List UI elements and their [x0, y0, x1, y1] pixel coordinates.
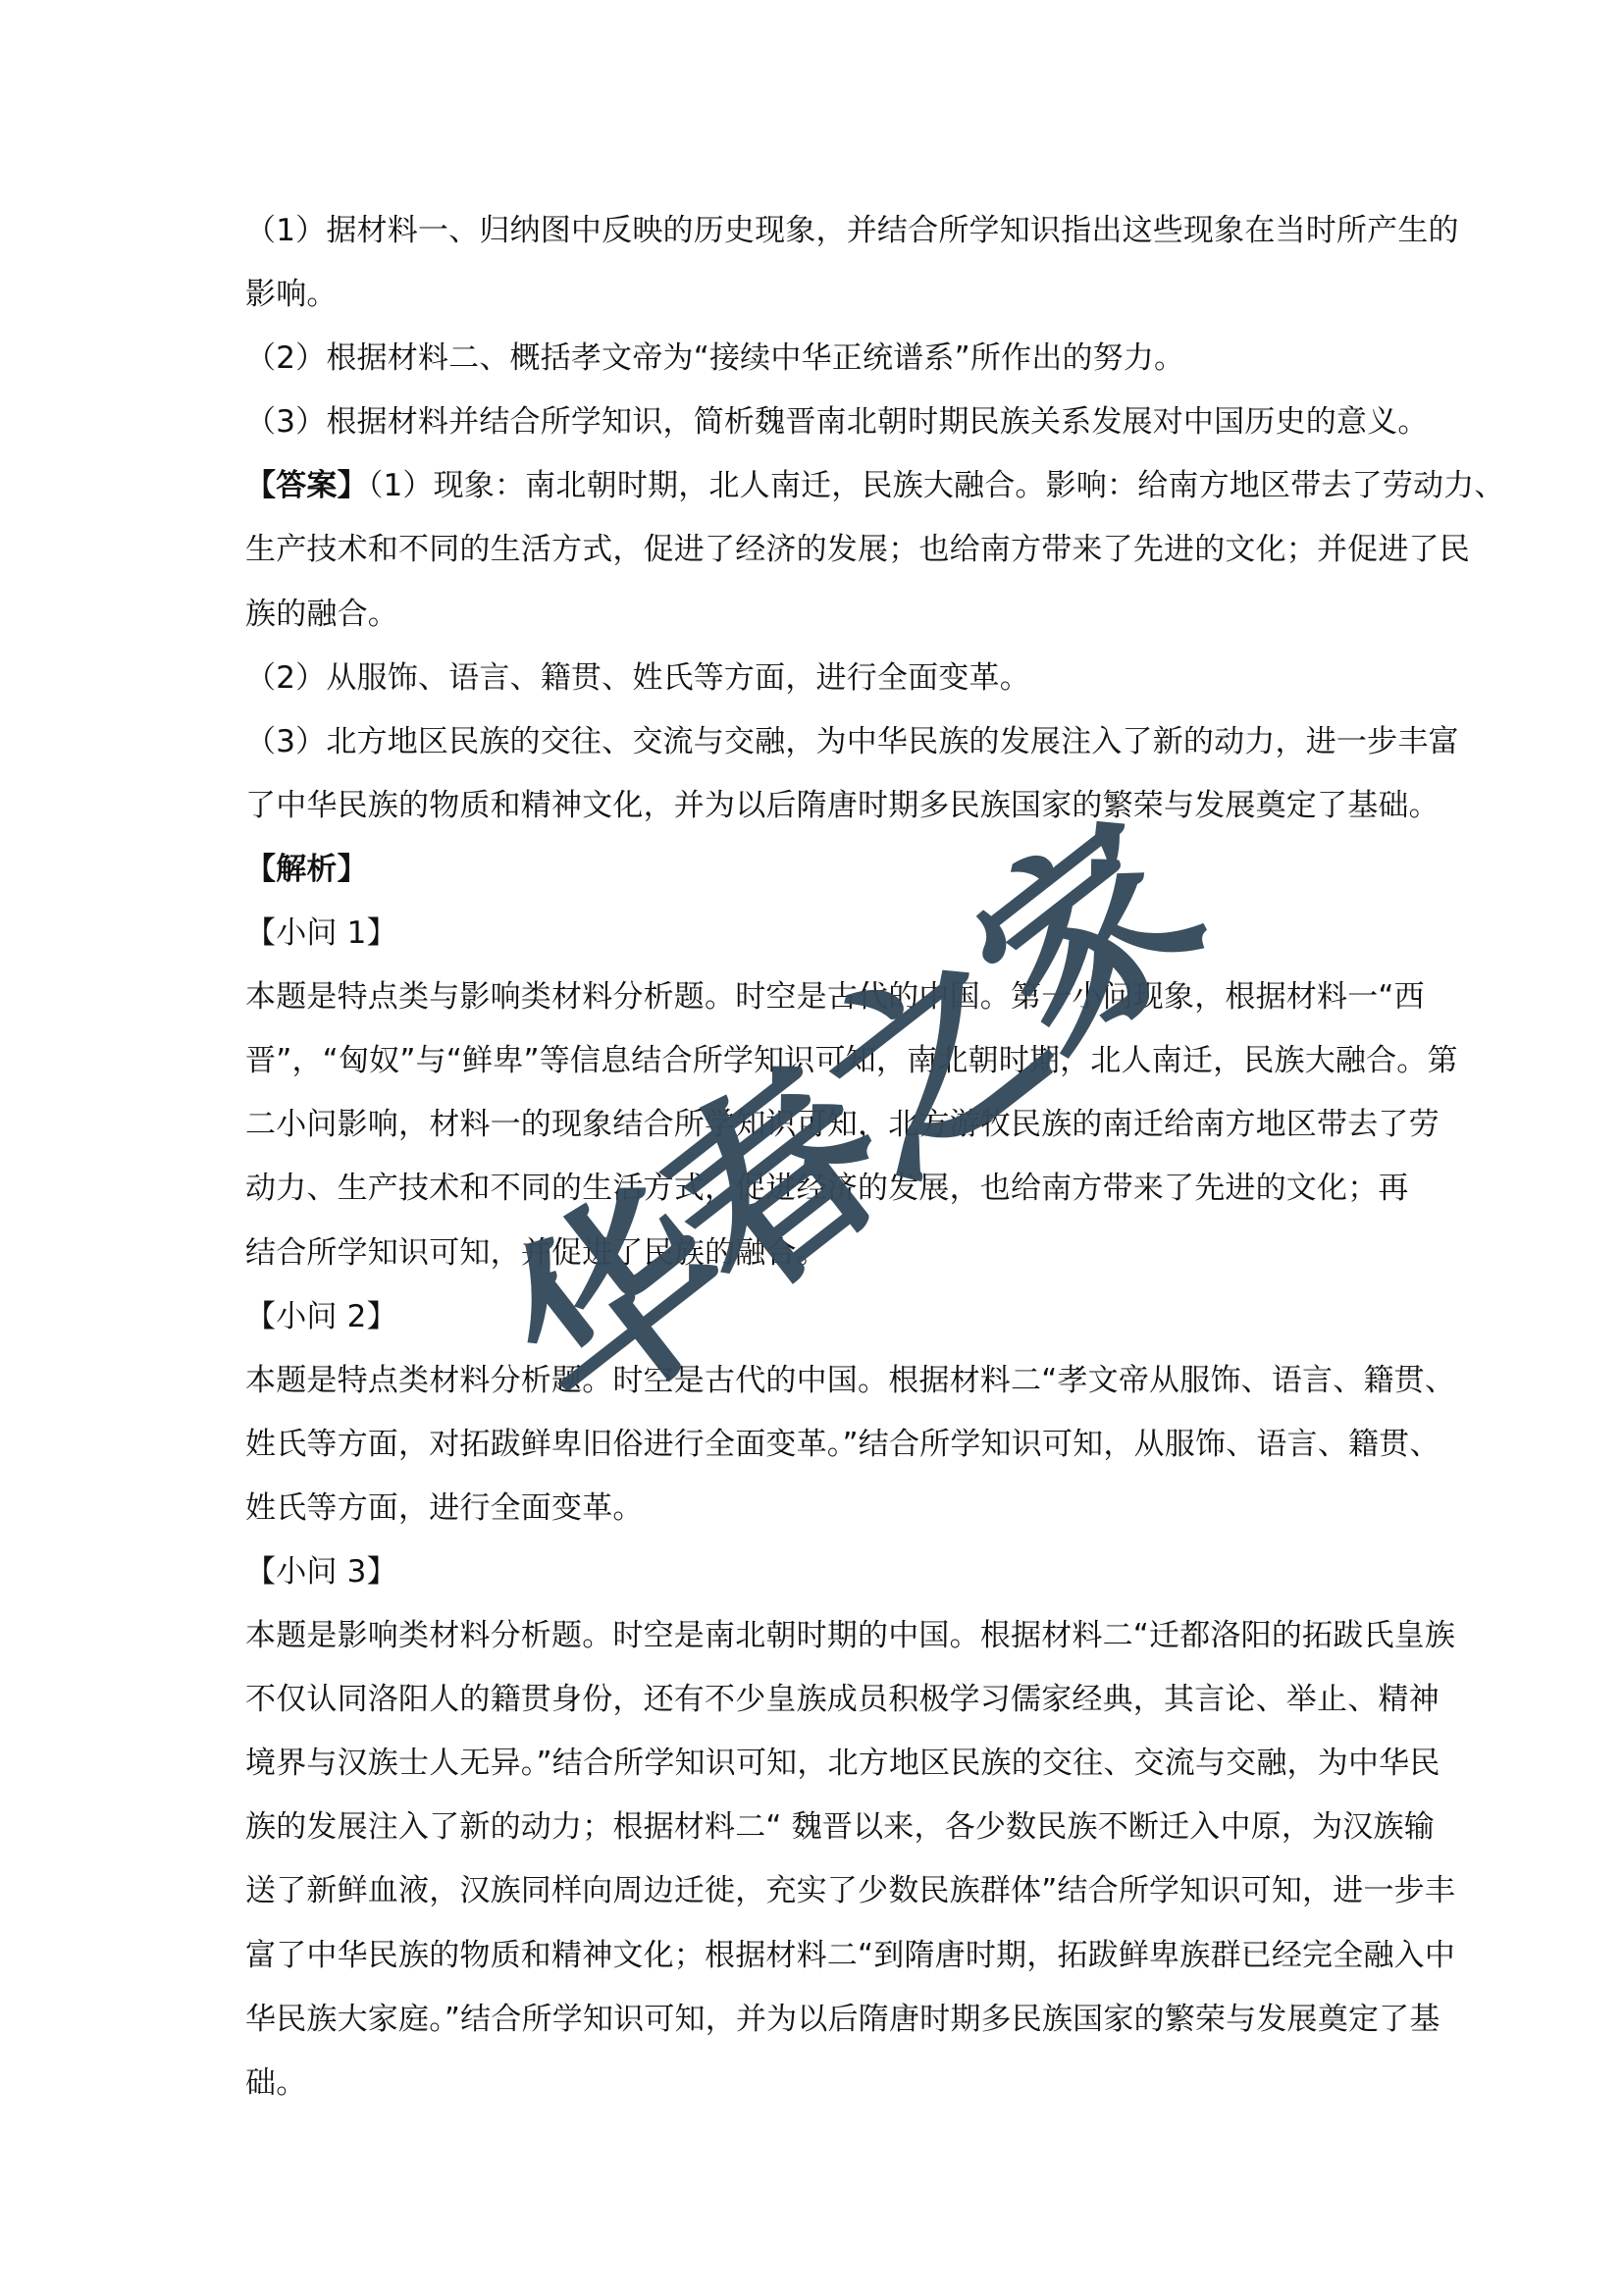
sub-question-3: 【小问 3】 本题是影响类材料分析题。时空是南北朝时期的中国。根据材料二“迁都洛…	[245, 1547, 1393, 2122]
sub-question-label: 【小问 2】	[245, 1292, 1393, 1356]
text-line: 富了中华民族的物质和精神文化；根据材料二“到隋唐时期，拓跋鲜卑族群已经完全融入中	[245, 1931, 1393, 1995]
document-content: （1）据材料一、归纳图中反映的历史现象，并结合所学知识指出这些现象在当时所产生的…	[245, 206, 1393, 2122]
sub-question-label: 【小问 1】	[245, 909, 1393, 972]
question-2: （2）根据材料二、概括孝文帝为“接续中华正统谱系”所作出的努力。	[245, 334, 1393, 397]
text-line: 动力、生产技术和不同的生活方式，促进经济的发展，也给南方带来了先进的文化；再	[245, 1164, 1393, 1227]
text-line: 境界与汉族士人无异。”结合所学知识可知，北方地区民族的交往、交流与交融，为中华民	[245, 1739, 1393, 1802]
text-line: 族的发展注入了新的动力；根据材料二“ 魏晋以来，各少数民族不断迁入中原，为汉族输	[245, 1802, 1393, 1866]
text-line: 本题是影响类材料分析题。时空是南北朝时期的中国。根据材料二“迁都洛阳的拓跋氏皇族	[245, 1611, 1393, 1675]
text-line: 【答案】（1）现象：南北朝时期，北人南迁，民族大融合。影响：给南方地区带去了劳动…	[245, 461, 1393, 525]
text-line: 姓氏等方面，进行全面变革。	[245, 1484, 1393, 1547]
sub-question-1: 【小问 1】 本题是特点类与影响类材料分析题。时空是古代的中国。第一小问现象，根…	[245, 909, 1393, 1292]
text-line: 结合所学知识可知，并促进了民族的融合。	[245, 1228, 1393, 1292]
question-3: （3）根据材料并结合所学知识，简析魏晋南北朝时期民族关系发展对中国历史的意义。	[245, 397, 1393, 461]
analysis-section: 【解析】 【小问 1】 本题是特点类与影响类材料分析题。时空是古代的中国。第一小…	[245, 845, 1393, 2122]
text-line: 础。	[245, 2059, 1393, 2122]
analysis-label: 【解析】	[245, 845, 1393, 909]
text-line: 本题是特点类材料分析题。时空是古代的中国。根据材料二“孝文帝从服饰、语言、籍贯、	[245, 1356, 1393, 1420]
text-line: 华民族大家庭。”结合所学知识可知，并为以后隋唐时期多民族国家的繁荣与发展奠定了基	[245, 1995, 1393, 2059]
sub-question-label: 【小问 3】	[245, 1547, 1393, 1611]
text-line: （1）据材料一、归纳图中反映的历史现象，并结合所学知识指出这些现象在当时所产生的	[245, 206, 1393, 270]
text-line: 了中华民族的物质和精神文化，并为以后隋唐时期多民族国家的繁荣与发展奠定了基础。	[245, 781, 1393, 845]
text-line: 姓氏等方面，对拓跋鲜卑旧俗进行全面变革。”结合所学知识可知，从服饰、语言、籍贯、	[245, 1420, 1393, 1484]
text-line: 生产技术和不同的生活方式，促进了经济的发展；也给南方带来了先进的文化；并促进了民	[245, 525, 1393, 589]
question-1: （1）据材料一、归纳图中反映的历史现象，并结合所学知识指出这些现象在当时所产生的…	[245, 206, 1393, 334]
sub-question-2: 【小问 2】 本题是特点类材料分析题。时空是古代的中国。根据材料二“孝文帝从服饰…	[245, 1292, 1393, 1547]
answer-text: （1）现象：南北朝时期，北人南迁，民族大融合。影响：给南方地区带去了劳动力、	[368, 468, 1505, 503]
text-line: 本题是特点类与影响类材料分析题。时空是古代的中国。第一小问现象，根据材料一“西	[245, 972, 1393, 1036]
document-page: （1）据材料一、归纳图中反映的历史现象，并结合所学知识指出这些现象在当时所产生的…	[0, 0, 1623, 2296]
answer-label: 【答案】	[245, 468, 368, 503]
text-line: （2）从服饰、语言、籍贯、姓氏等方面，进行全面变革。	[245, 653, 1393, 717]
text-line: 影响。	[245, 270, 1393, 334]
text-line: 二小问影响，材料一的现象结合所学知识可知，北方游牧民族的南迁给南方地区带去了劳	[245, 1100, 1393, 1164]
text-line: （2）根据材料二、概括孝文帝为“接续中华正统谱系”所作出的努力。	[245, 334, 1393, 397]
answer-section: 【答案】（1）现象：南北朝时期，北人南迁，民族大融合。影响：给南方地区带去了劳动…	[245, 461, 1393, 845]
text-line: 送了新鲜血液，汉族同样向周边迁徙，充实了少数民族群体”结合所学知识可知，进一步丰	[245, 1866, 1393, 1930]
text-line: 族的融合。	[245, 590, 1393, 653]
text-line: 晋”，“匈奴”与“鲜卑”等信息结合所学知识可知，南北朝时期，北人南迁，民族大融合…	[245, 1036, 1393, 1100]
text-line: （3）北方地区民族的交往、交流与交融，为中华民族的发展注入了新的动力，进一步丰富	[245, 717, 1393, 781]
text-line: （3）根据材料并结合所学知识，简析魏晋南北朝时期民族关系发展对中国历史的意义。	[245, 397, 1393, 461]
text-line: 不仅认同洛阳人的籍贯身份，还有不少皇族成员积极学习儒家经典，其言论、举止、精神	[245, 1675, 1393, 1739]
